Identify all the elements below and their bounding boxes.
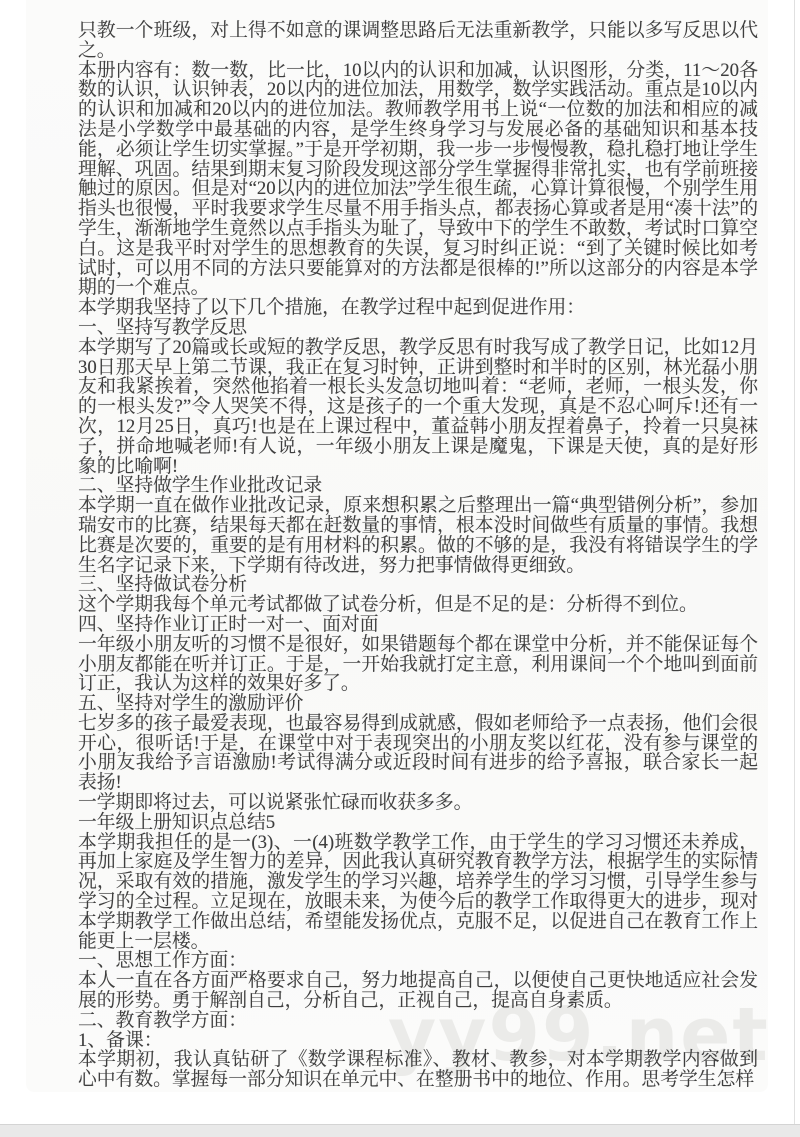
- page-text-content: 只教一个班级，对上得不如意的课调整思路后无法重新教学，只能以多写反思以代之。 本…: [78, 0, 758, 1090]
- para-teaching-reflection: 本学期写了20篇或长或短的教学反思，教学反思有时我写成了教学日记，比如12月30…: [78, 338, 758, 477]
- viewer-footer-bar: [0, 1124, 800, 1137]
- para-incentive: 七岁多的孩子最爱表现，也最容易得到成就感，假如老师给予一点表扬，他们会很开心，很…: [78, 714, 758, 793]
- para-homework-records: 本学期一直在做作业批改记录，原来想积累之后整理出一篇“典型错例分析”，参加瑞安市…: [78, 496, 758, 575]
- title-knowledge-summary: 一年级上册知识点总结5: [78, 813, 758, 833]
- para-semester-content: 本册内容有：数一数，比一比，10以内的认识和加减，认识图形，分类，11～20各数…: [78, 61, 758, 299]
- para-class-intro: 本学期我担任的是一(3)、一(4)班数学教学工作，由于学生的学习习惯还未养成，再…: [78, 833, 758, 952]
- document-viewer: yy99.net 只教一个班级，对上得不如意的课调整思路后无法重新教学，只能以多…: [0, 0, 800, 1137]
- heading-correction: 四、坚持作业订正时一对一、面对面: [78, 615, 758, 635]
- page-edge-divider: [794, 0, 795, 1124]
- para-measures-intro: 本学期我坚持了以下几个措施，在教学过程中起到促进作用：: [78, 298, 758, 318]
- scanned-page: yy99.net 只教一个班级，对上得不如意的课调整思路后无法重新教学，只能以多…: [26, 0, 768, 1092]
- para-correction: 一年级小朋友听的习惯不是很好，如果错题每个都在课堂中分析，并不能保证每个小朋友都…: [78, 635, 758, 694]
- para-semester-ending: 一学期即将过去，可以说紧张忙碌而收获多多。: [78, 793, 758, 813]
- para-paper-analysis: 这个学期我每个单元考试都做了试卷分析，但是不足的是：分析得不到位。: [78, 595, 758, 615]
- heading-teaching-reflection: 一、坚持写教学反思: [78, 318, 758, 338]
- para-ideology: 本人一直在各方面严格要求自己，努力地提高自己，以便使自己更快地适应社会发展的形势…: [78, 971, 758, 1011]
- heading-lesson-prep: 1、备课：: [78, 1031, 758, 1051]
- heading-paper-analysis: 三、坚持做试卷分析: [78, 575, 758, 595]
- heading-incentive: 五、坚持对学生的激励评价: [78, 694, 758, 714]
- heading-homework-records: 二、坚持做学生作业批改记录: [78, 476, 758, 496]
- heading-ideology: 一、思想工作方面：: [78, 951, 758, 971]
- para-lesson-prep: 本学期初，我认真钻研了《数学课程标准》、教材、教参，对本学期教学内容做到心中有数…: [78, 1050, 758, 1090]
- para-class-note: 只教一个班级，对上得不如意的课调整思路后无法重新教学，只能以多写反思以代之。: [78, 21, 758, 61]
- heading-education: 二、教育教学方面：: [78, 1011, 758, 1031]
